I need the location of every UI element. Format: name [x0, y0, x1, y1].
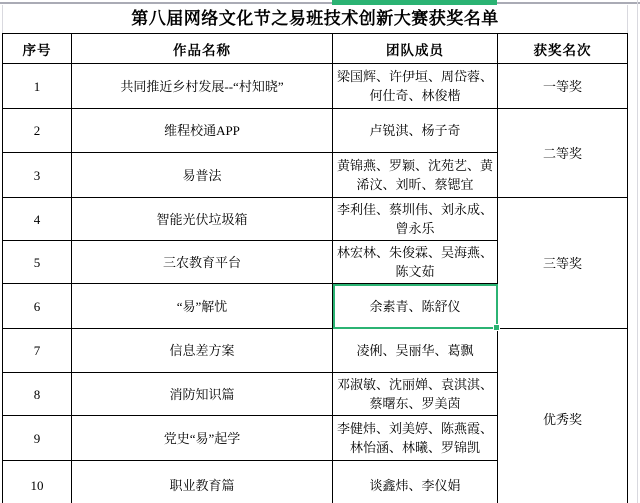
spreadsheet-area: 第八届网络文化节之易班技术创新大赛获奖名单 序号 作品名称 团队成员 获奖名次 …	[2, 5, 628, 503]
col-header-work[interactable]: 作品名称	[72, 34, 333, 64]
cell-no[interactable]: 1	[3, 64, 72, 109]
header-row: 序号 作品名称 团队成员 获奖名次	[3, 34, 628, 64]
cell-team-members[interactable]: 李健炜、刘美婷、陈燕霞、林怡涵、林曦、罗锦凯	[333, 416, 498, 461]
cell-award-rank[interactable]: 二等奖	[498, 109, 628, 198]
table-row: 2维程校通APP卢锐淇、杨子奇二等奖	[3, 109, 628, 153]
cell-award-rank[interactable]: 三等奖	[498, 198, 628, 329]
cell-team-members[interactable]: 谈鑫炜、李仪娟	[333, 461, 498, 503]
table-row: 1共同推近乡村发展--“村知晓”梁国辉、许伊垣、周岱蓉、何仕奇、林俊楷一等奖	[3, 64, 628, 109]
sheet-gridline	[637, 0, 638, 503]
table-title[interactable]: 第八届网络文化节之易班技术创新大赛获奖名单	[2, 5, 628, 33]
cell-work-name[interactable]: 维程校通APP	[72, 109, 333, 153]
cell-work-name[interactable]: 消防知识篇	[72, 373, 333, 416]
cell-work-name[interactable]: 三农教育平台	[72, 241, 333, 284]
cell-no[interactable]: 4	[3, 198, 72, 241]
window-top-edge	[0, 2, 640, 4]
table-row: 4智能光伏垃圾箱李利佳、蔡圳伟、刘永成、曾永乐三等奖	[3, 198, 628, 241]
table-row: 7信息差方案凌俐、吴丽华、葛飘优秀奖	[3, 329, 628, 373]
cell-no[interactable]: 6	[3, 284, 72, 329]
cell-no[interactable]: 3	[3, 153, 72, 198]
cell-no[interactable]: 10	[3, 461, 72, 503]
cell-team-members[interactable]: 邓淑敏、沈丽婵、袁淇淇、蔡曙东、罗美茵	[333, 373, 498, 416]
cell-work-name[interactable]: 共同推近乡村发展--“村知晓”	[72, 64, 333, 109]
cell-work-name[interactable]: 智能光伏垃圾箱	[72, 198, 333, 241]
cell-no[interactable]: 5	[3, 241, 72, 284]
cell-work-name[interactable]: 职业教育篇	[72, 461, 333, 503]
col-header-award[interactable]: 获奖名次	[498, 34, 628, 64]
cell-award-rank[interactable]: 优秀奖	[498, 329, 628, 503]
selected-cell[interactable]: 余素青、陈舒仪	[333, 284, 498, 329]
awards-table: 序号 作品名称 团队成员 获奖名次 1共同推近乡村发展--“村知晓”梁国辉、许伊…	[2, 33, 628, 503]
col-header-members[interactable]: 团队成员	[333, 34, 498, 64]
cell-work-name[interactable]: 信息差方案	[72, 329, 333, 373]
cell-team-members[interactable]: 李利佳、蔡圳伟、刘永成、曾永乐	[333, 198, 498, 241]
cell-team-members[interactable]: 黄锦燕、罗颖、沈苑艺、黄浠汶、刘昕、蔡锶宜	[333, 153, 498, 198]
cell-no[interactable]: 9	[3, 416, 72, 461]
cell-work-name[interactable]: 党史“易”起学	[72, 416, 333, 461]
col-header-no[interactable]: 序号	[3, 34, 72, 64]
cell-no[interactable]: 2	[3, 109, 72, 153]
cell-no[interactable]: 7	[3, 329, 72, 373]
cell-team-members[interactable]: 凌俐、吴丽华、葛飘	[333, 329, 498, 373]
cell-work-name[interactable]: 易普法	[72, 153, 333, 198]
cell-team-members[interactable]: 卢锐淇、杨子奇	[333, 109, 498, 153]
cell-no[interactable]: 8	[3, 373, 72, 416]
cell-team-members[interactable]: 梁国辉、许伊垣、周岱蓉、何仕奇、林俊楷	[333, 64, 498, 109]
cell-award-rank[interactable]: 一等奖	[498, 64, 628, 109]
cell-team-members[interactable]: 林宏林、朱俊霖、吴海燕、陈文茹	[333, 241, 498, 284]
cell-work-name[interactable]: “易”解忧	[72, 284, 333, 329]
